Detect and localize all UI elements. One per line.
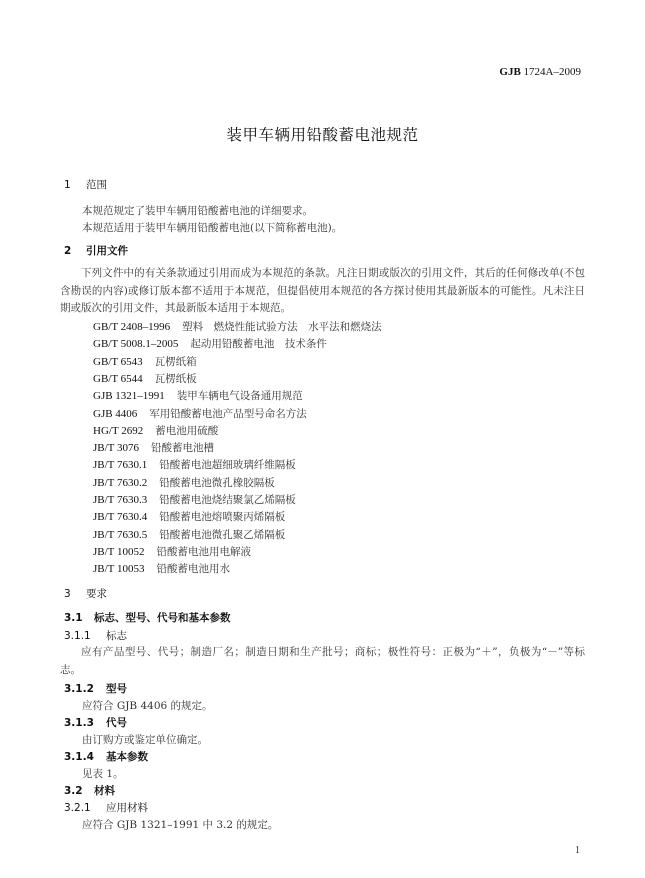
reference-code: GB/T 6544 xyxy=(93,373,143,385)
reference-item: JB/T 7630.3铅酸蓄电池烧结聚氯乙烯隔板 xyxy=(93,493,296,507)
marking-paragraph: 应有产品型号、代号；制造厂名；制造日期和生产批号；商标；极性符号：正极为“＋”，… xyxy=(60,644,585,679)
reference-item: JB/T 7630.5铅酸蓄电池微孔聚乙烯隔板 xyxy=(93,528,285,542)
reference-item: JB/T 10052铅酸蓄电池用电解液 xyxy=(93,545,251,559)
reference-title: 铅酸蓄电池用电解液 xyxy=(156,546,251,558)
standard-code: GJB 1724A–2009 xyxy=(499,66,581,78)
reference-code: GB/T 2408–1996 xyxy=(93,321,170,333)
section-title: 代号 xyxy=(106,717,127,729)
reference-title: 塑料 燃烧性能试验方法 水平法和燃烧法 xyxy=(182,321,382,333)
section-3-2-heading: 3.2材料 xyxy=(64,784,115,798)
section-title: 应用材料 xyxy=(106,802,148,814)
reference-title: 军用铅酸蓄电池产品型号命名方法 xyxy=(149,408,307,420)
reference-title: 蓄电池用硫酸 xyxy=(155,425,218,437)
section-number: 3 xyxy=(64,587,86,601)
reference-title: 铅酸蓄电池槽 xyxy=(151,442,214,454)
code-paragraph: 由订购方或鉴定单位确定。 xyxy=(82,733,208,747)
section-title: 要求 xyxy=(86,588,107,600)
reference-code: GJB 4406 xyxy=(93,408,137,420)
reference-code: JB/T 10053 xyxy=(93,563,144,575)
section-number: 3.2 xyxy=(64,784,94,798)
reference-title: 瓦楞纸箱 xyxy=(155,356,197,368)
reference-code: JB/T 7630.3 xyxy=(93,494,147,506)
section-3-1-4-heading: 3.1.4基本参数 xyxy=(64,750,148,764)
section-1-heading: 1范围 xyxy=(64,178,107,192)
section-3-1-2-heading: 3.1.2型号 xyxy=(64,682,127,696)
section-title: 标志、型号、代号和基本参数 xyxy=(94,612,231,624)
reference-item: GB/T 5008.1–2005起动用铅酸蓄电池 技术条件 xyxy=(93,337,327,351)
scope-paragraph-2: 本规范适用于装甲车辆用铅酸蓄电池(以下简称蓄电池)。 xyxy=(82,221,342,235)
reference-item: JB/T 7630.1铅酸蓄电池超细玻璃纤维隔板 xyxy=(93,458,296,472)
reference-code: HG/T 2692 xyxy=(93,425,143,437)
standard-prefix: GJB xyxy=(499,66,520,78)
standard-number: 1724A–2009 xyxy=(524,66,581,78)
section-number: 3.1.1 xyxy=(64,629,106,643)
section-number: 2 xyxy=(64,244,86,258)
reference-title: 铅酸蓄电池微孔聚乙烯隔板 xyxy=(159,529,285,541)
section-title: 范围 xyxy=(86,179,107,191)
reference-item: JB/T 7630.4铅酸蓄电池熔喷聚丙烯隔板 xyxy=(93,510,285,524)
reference-item: GB/T 2408–1996塑料 燃烧性能试验方法 水平法和燃烧法 xyxy=(93,320,382,334)
reference-item: JB/T 10053铅酸蓄电池用水 xyxy=(93,562,230,576)
section-3-1-heading: 3.1标志、型号、代号和基本参数 xyxy=(64,611,231,625)
reference-title: 铅酸蓄电池超细玻璃纤维隔板 xyxy=(159,459,296,471)
reference-item: GB/T 6543瓦楞纸箱 xyxy=(93,355,197,369)
section-3-1-1-heading: 3.1.1标志 xyxy=(64,629,127,643)
section-number: 3.1.2 xyxy=(64,682,106,696)
references-intro: 下列文件中的有关条款通过引用而成为本规范的条款。凡注日期或版次的引用文件，其后的… xyxy=(60,265,585,318)
reference-item: GJB 1321–1991装甲车辆电气设备通用规范 xyxy=(93,389,303,403)
reference-title: 装甲车辆电气设备通用规范 xyxy=(177,390,303,402)
reference-title: 铅酸蓄电池烧结聚氯乙烯隔板 xyxy=(159,494,296,506)
reference-code: GB/T 5008.1–2005 xyxy=(93,338,178,350)
reference-title: 铅酸蓄电池微孔橡胶隔板 xyxy=(159,477,275,489)
reference-title: 铅酸蓄电池用水 xyxy=(156,563,230,575)
reference-code: JB/T 3076 xyxy=(93,442,139,454)
document-title: 装甲车辆用铅酸蓄电池规范 xyxy=(0,123,645,145)
reference-code: JB/T 7630.4 xyxy=(93,511,147,523)
section-title: 引用文件 xyxy=(86,245,128,257)
reference-title: 铅酸蓄电池熔喷聚丙烯隔板 xyxy=(159,511,285,523)
reference-code: JB/T 7630.5 xyxy=(93,529,147,541)
section-2-heading: 2引用文件 xyxy=(64,244,128,258)
reference-item: JB/T 3076铅酸蓄电池槽 xyxy=(93,441,214,455)
materials-paragraph: 应符合 GJB 1321–1991 中 3.2 的规定。 xyxy=(82,818,278,832)
section-number: 3.1.3 xyxy=(64,716,106,730)
reference-item: HG/T 2692蓄电池用硫酸 xyxy=(93,424,218,438)
section-3-2-1-heading: 3.2.1应用材料 xyxy=(64,801,148,815)
section-title: 材料 xyxy=(94,785,115,797)
section-number: 3.2.1 xyxy=(64,801,106,815)
section-number: 1 xyxy=(64,178,86,192)
page-number: 1 xyxy=(575,845,580,856)
reference-item: JB/T 7630.2铅酸蓄电池微孔橡胶隔板 xyxy=(93,476,275,490)
reference-title: 起动用铅酸蓄电池 技术条件 xyxy=(190,338,327,350)
reference-item: GJB 4406军用铅酸蓄电池产品型号命名方法 xyxy=(93,407,307,421)
section-title: 型号 xyxy=(106,683,127,695)
section-title: 标志 xyxy=(106,630,127,642)
reference-code: GB/T 6543 xyxy=(93,356,143,368)
reference-code: JB/T 7630.2 xyxy=(93,477,147,489)
model-paragraph: 应符合 GJB 4406 的规定。 xyxy=(82,699,213,713)
reference-code: JB/T 10052 xyxy=(93,546,144,558)
reference-title: 瓦楞纸板 xyxy=(155,373,197,385)
section-title: 基本参数 xyxy=(106,751,148,763)
basic-params-paragraph: 见表 1。 xyxy=(82,767,124,781)
scope-paragraph-1: 本规范规定了装甲车辆用铅酸蓄电池的详细要求。 xyxy=(82,204,313,218)
reference-code: JB/T 7630.1 xyxy=(93,459,147,471)
section-3-heading: 3要求 xyxy=(64,587,107,601)
reference-item: GB/T 6544瓦楞纸板 xyxy=(93,372,197,386)
reference-code: GJB 1321–1991 xyxy=(93,390,165,402)
section-number: 3.1.4 xyxy=(64,750,106,764)
section-number: 3.1 xyxy=(64,611,94,625)
section-3-1-3-heading: 3.1.3代号 xyxy=(64,716,127,730)
